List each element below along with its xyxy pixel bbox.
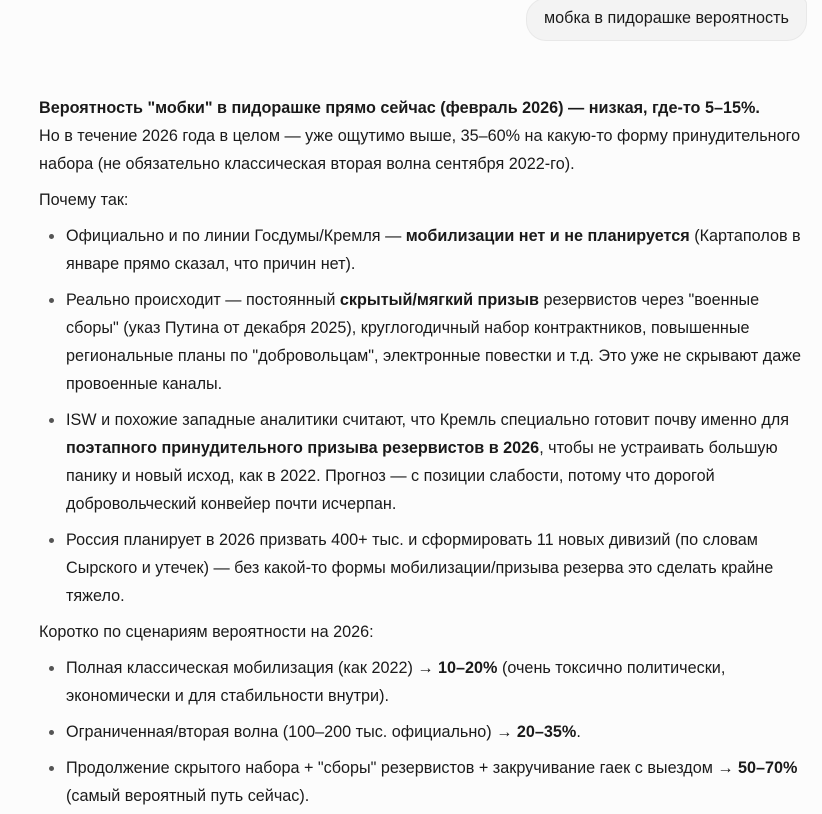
list-item: Ограниченная/вторая волна (100–200 тыс. … xyxy=(66,718,814,746)
list-item: Россия планирует в 2026 призвать 400+ ты… xyxy=(66,526,814,610)
list-item-post: (самый вероятный путь сейчас). xyxy=(66,787,309,805)
answer-lead-text: Но в течение 2026 года в целом — уже ощу… xyxy=(39,127,800,173)
list-item-pre: Официально и по линии Госдумы/Кремля — xyxy=(66,227,406,245)
user-message-bubble: мобка в пидорашке вероятность xyxy=(526,0,807,41)
why-list: Официально и по линии Госдумы/Кремля — м… xyxy=(39,222,814,610)
list-item-pre: Полная классическая мобилизация (как 202… xyxy=(66,659,438,677)
why-heading: Почему так: xyxy=(39,186,814,214)
list-item-post: . xyxy=(576,723,581,741)
list-item-pre: Ограниченная/вторая волна (100–200 тыс. … xyxy=(66,723,517,741)
list-item: Официально и по линии Госдумы/Кремля — м… xyxy=(66,222,814,278)
scenarios-heading: Коротко по сценариям вероятности на 2026… xyxy=(39,618,814,646)
list-item-bold: скрытый/мягкий призыв xyxy=(340,291,539,309)
list-item-bold: 20–35% xyxy=(517,723,576,741)
list-item-bold: мобилизации нет и не планируется xyxy=(406,227,690,245)
list-item-pre: Россия планирует в 2026 призвать 400+ ты… xyxy=(66,531,773,605)
list-item-bold: поэтапного принудительного призыва резер… xyxy=(66,439,539,457)
scenarios-list: Полная классическая мобилизация (как 202… xyxy=(39,654,814,810)
list-item: Реально происходит — постоянный скрытый/… xyxy=(66,286,814,398)
list-item-pre: Продолжение скрытого набора + "сборы" ре… xyxy=(66,759,738,777)
assistant-response: Вероятность "мобки" в пидорашке прямо се… xyxy=(39,94,814,814)
list-item-bold: 50–70% xyxy=(738,759,797,777)
answer-lead: Вероятность "мобки" в пидорашке прямо се… xyxy=(39,94,814,178)
list-item: Продолжение скрытого набора + "сборы" ре… xyxy=(66,754,814,810)
list-item: ISW и похожие западные аналитики считают… xyxy=(66,406,814,518)
list-item-bold: 10–20% xyxy=(438,659,497,677)
user-message-row: мобка в пидорашке вероятность xyxy=(526,0,807,41)
list-item-pre: Реально происходит — постоянный xyxy=(66,291,340,309)
list-item: Полная классическая мобилизация (как 202… xyxy=(66,654,814,710)
list-item-pre: ISW и похожие западные аналитики считают… xyxy=(66,411,789,429)
answer-lead-bold: Вероятность "мобки" в пидорашке прямо се… xyxy=(39,99,760,117)
